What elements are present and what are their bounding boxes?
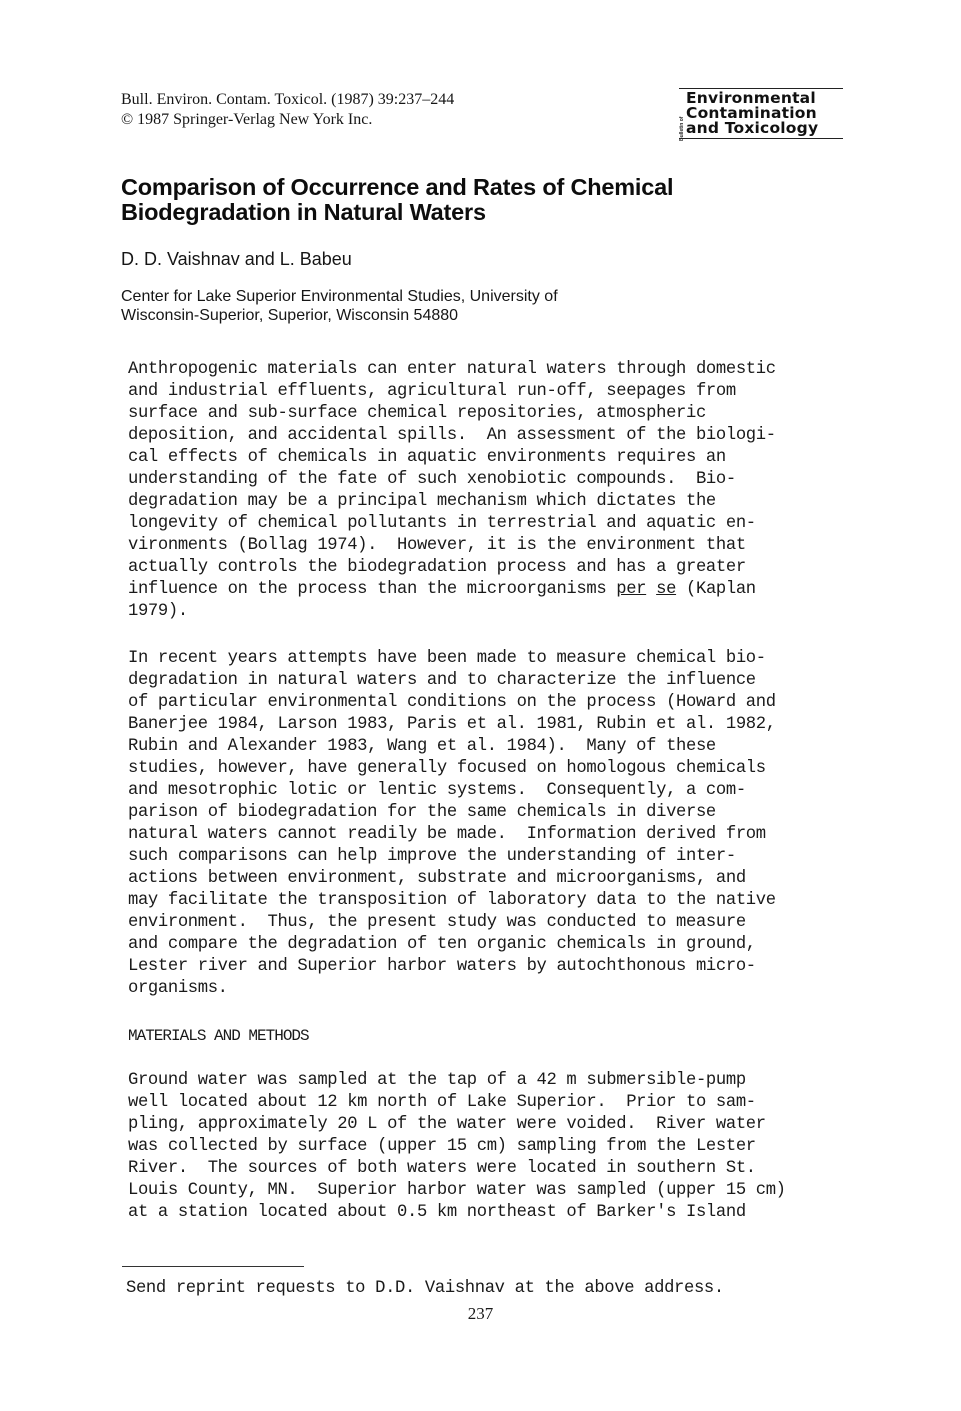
intro-paragraph-2: In recent years attempts have been made … (128, 648, 868, 1000)
text-line: Rubin and Alexander 1983, Wang et al. 19… (128, 736, 868, 758)
text-line: Louis County, MN. Superior harbor water … (128, 1180, 868, 1202)
text-line: and compare the degradation of ten organ… (128, 934, 868, 956)
text-line: at a station located about 0.5 km northe… (128, 1202, 868, 1224)
text-line: may facilitate the transposition of labo… (128, 890, 868, 912)
footnote-divider (122, 1266, 304, 1267)
copyright-line: © 1987 Springer-Verlag New York Inc. (121, 110, 454, 130)
author-affiliation: Center for Lake Superior Environmental S… (121, 287, 558, 325)
text-line: well located about 12 km north of Lake S… (128, 1092, 868, 1114)
affiliation-line: Center for Lake Superior Environmental S… (121, 287, 558, 306)
journal-logo-side-text: Bulletin of (679, 95, 685, 141)
text-line: vironments (Bollag 1974). However, it is… (128, 535, 868, 557)
text-line: pling, approximately 20 L of the water w… (128, 1114, 868, 1136)
text-line: studies, however, have generally focused… (128, 758, 868, 780)
text-line: of particular environmental conditions o… (128, 692, 868, 714)
text-line: such comparisons can help improve the un… (128, 846, 868, 868)
text-line: influence on the process than the microo… (128, 579, 868, 601)
emphasis-se: se (656, 580, 676, 599)
journal-logo-line: and Toxicology (686, 121, 843, 136)
section-heading-materials-methods: MATERIALS AND METHODS (128, 1025, 309, 1047)
text-line: and mesotrophic lotic or lentic systems.… (128, 780, 868, 802)
text-line: was collected by surface (upper 15 cm) s… (128, 1136, 868, 1158)
emphasis-per: per (616, 580, 646, 599)
journal-citation: Bull. Environ. Contam. Toxicol. (1987) 3… (121, 90, 454, 130)
text-line: understanding of the fate of such xenobi… (128, 469, 868, 491)
text-line: environment. Thus, the present study was… (128, 912, 868, 934)
journal-logo: Bulletin of Environmental Contamination … (679, 88, 843, 139)
text-line: degradation in natural waters and to cha… (128, 670, 868, 692)
text-line: longevity of chemical pollutants in terr… (128, 513, 868, 535)
text-line: River. The sources of both waters were l… (128, 1158, 868, 1180)
text-line: natural waters cannot readily be made. I… (128, 824, 868, 846)
methods-paragraph-1: Ground water was sampled at the tap of a… (128, 1070, 868, 1224)
text-line: In recent years attempts have been made … (128, 648, 868, 670)
text-line: 1979). (128, 601, 868, 623)
footnote: Send reprint requests to D.D. Vaishnav a… (126, 1278, 724, 1300)
text-line: actions between environment, substrate a… (128, 868, 868, 890)
text-line: surface and sub-surface chemical reposit… (128, 403, 868, 425)
text-line: Ground water was sampled at the tap of a… (128, 1070, 868, 1092)
text-line: Anthropogenic materials can enter natura… (128, 359, 868, 381)
affiliation-line: Wisconsin-Superior, Superior, Wisconsin … (121, 306, 558, 325)
citation-line: Bull. Environ. Contam. Toxicol. (1987) 3… (121, 90, 454, 110)
text-segment: (Kaplan (676, 580, 756, 599)
page-number: 237 (0, 1304, 961, 1324)
text-line: Banerjee 1984, Larson 1983, Paris et al.… (128, 714, 868, 736)
text-line: deposition, and accidental spills. An as… (128, 425, 868, 447)
text-line: organisms. (128, 978, 868, 1000)
article-title: Comparison of Occurrence and Rates of Ch… (121, 175, 821, 225)
text-line: and industrial effluents, agricultural r… (128, 381, 868, 403)
text-line: parison of biodegradation for the same c… (128, 802, 868, 824)
intro-paragraph-1: Anthropogenic materials can enter natura… (128, 359, 868, 623)
text-line: actually controls the biodegradation pro… (128, 557, 868, 579)
text-segment: influence on the process than the microo… (128, 580, 616, 599)
paper-page: Bull. Environ. Contam. Toxicol. (1987) 3… (0, 0, 961, 1411)
text-line: Lester river and Superior harbor waters … (128, 956, 868, 978)
text-line: cal effects of chemicals in aquatic envi… (128, 447, 868, 469)
article-authors: D. D. Vaishnav and L. Babeu (121, 248, 352, 270)
text-line: degradation may be a principal mechanism… (128, 491, 868, 513)
